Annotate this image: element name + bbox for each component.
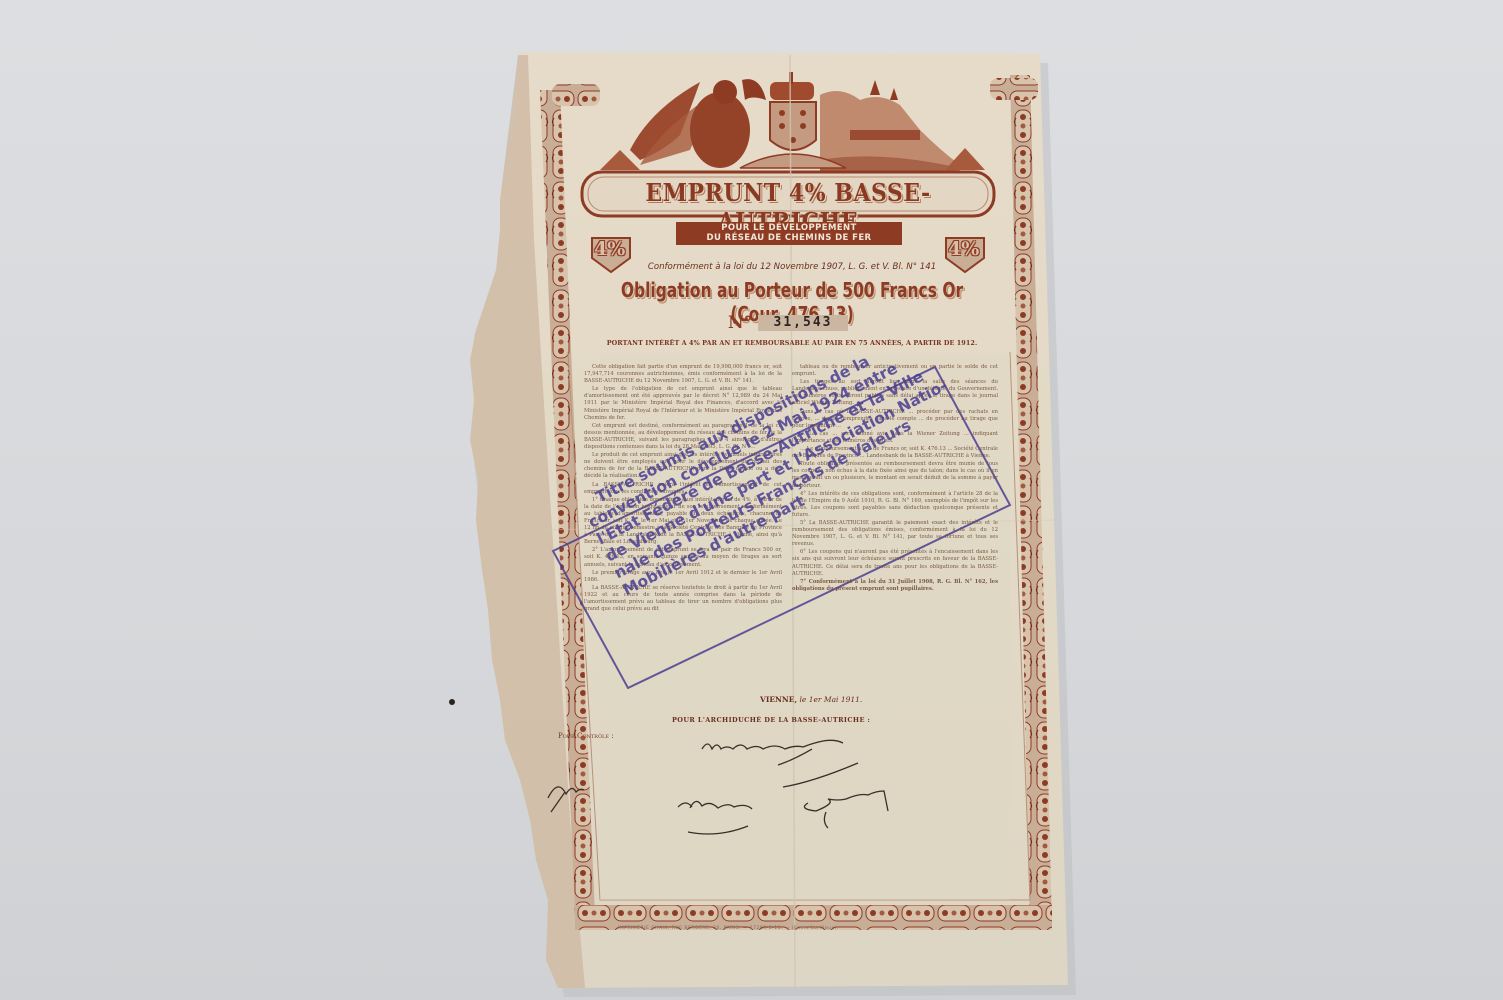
paper-shape (0, 0, 1503, 1000)
certificate-paper: EMPRUNT 4% BASSE-AUTRICHE POUR LE DÉVELO… (0, 0, 1503, 1000)
